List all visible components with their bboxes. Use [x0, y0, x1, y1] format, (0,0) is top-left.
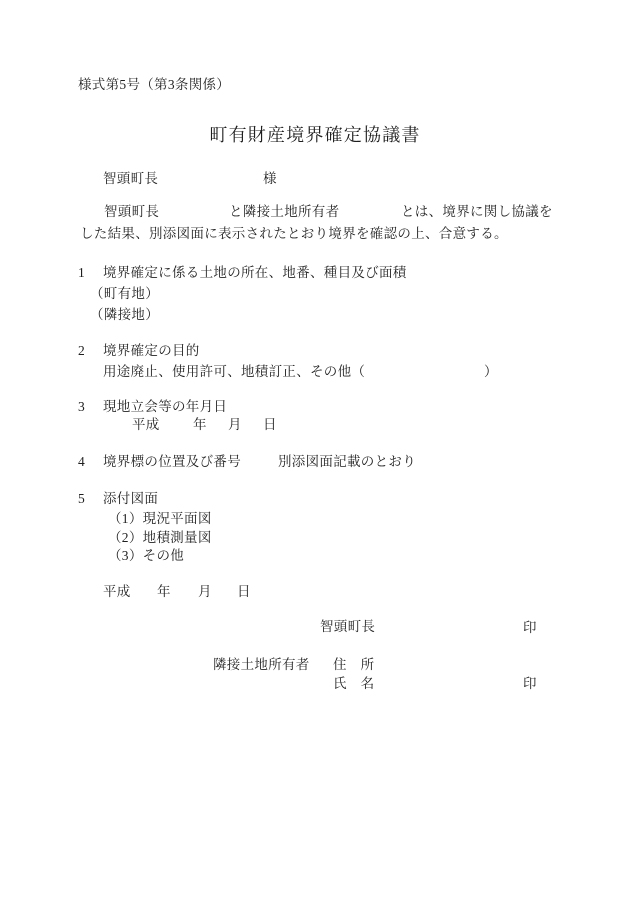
section-4-title: 境界標の位置及び番号	[103, 454, 241, 471]
mayor-signature-label: 智頭町長	[320, 619, 375, 636]
section-4-number: 4	[78, 454, 85, 471]
preamble-line2: した結果、別添図面に表示されたとおり境界を確認の上、合意する。	[80, 226, 508, 243]
section-1-title: 境界確定に係る土地の所在、地番、種目及び面積	[103, 265, 407, 282]
document-page: 様式第5号（第3条関係） 町有財産境界確定協議書 智頭町長 様 智頭町長 と隣接…	[0, 0, 630, 903]
attachment-item-3: （3）その他	[108, 548, 184, 565]
section-2-title: 境界確定の目的	[103, 343, 200, 360]
addressee-honorific: 様	[263, 171, 277, 188]
preamble-party1: 智頭町長	[104, 204, 159, 221]
preamble-line1-tail: とは、境界に関し協議を	[401, 204, 553, 221]
attachment-item-2: （2）地積測量図	[108, 530, 212, 547]
footer-date-month: 月	[198, 584, 212, 601]
town-land-label: （町有地）	[90, 286, 159, 303]
purpose-options: 用途廃止、使用許可、地積訂正、その他（	[103, 364, 365, 381]
footer-date-year: 年	[157, 584, 171, 601]
preamble-party2: と隣接土地所有者	[229, 204, 339, 221]
section-2-number: 2	[78, 343, 85, 360]
survey-date-day: 日	[263, 417, 277, 434]
footer-date-day: 日	[237, 584, 251, 601]
purpose-close-paren: ）	[484, 364, 498, 381]
form-number: 様式第5号（第3条関係）	[78, 77, 230, 94]
adjacent-land-label: （隣接地）	[90, 307, 159, 324]
section-1-number: 1	[78, 265, 85, 282]
owner-name-label: 氏 名	[333, 676, 374, 693]
mayor-seal-mark: 印	[523, 620, 537, 637]
section-5-title: 添付図面	[103, 491, 158, 508]
section-3-title: 現地立会等の年月日	[103, 399, 227, 416]
section-4-value: 別添図面記載のとおり	[278, 454, 416, 471]
survey-date-month: 月	[228, 417, 242, 434]
section-5-number: 5	[78, 491, 85, 508]
owner-seal-mark: 印	[523, 676, 537, 693]
section-3-number: 3	[78, 399, 85, 416]
footer-date-era: 平成	[103, 584, 131, 601]
attachment-item-1: （1）現況平面図	[108, 511, 212, 528]
document-title: 町有財産境界確定協議書	[0, 121, 630, 147]
owner-signature-label: 隣接土地所有者	[213, 657, 310, 674]
addressee-name: 智頭町長	[103, 171, 158, 188]
survey-date-year: 年	[193, 417, 207, 434]
survey-date-era: 平成	[132, 417, 160, 434]
owner-address-label: 住 所	[333, 657, 374, 674]
